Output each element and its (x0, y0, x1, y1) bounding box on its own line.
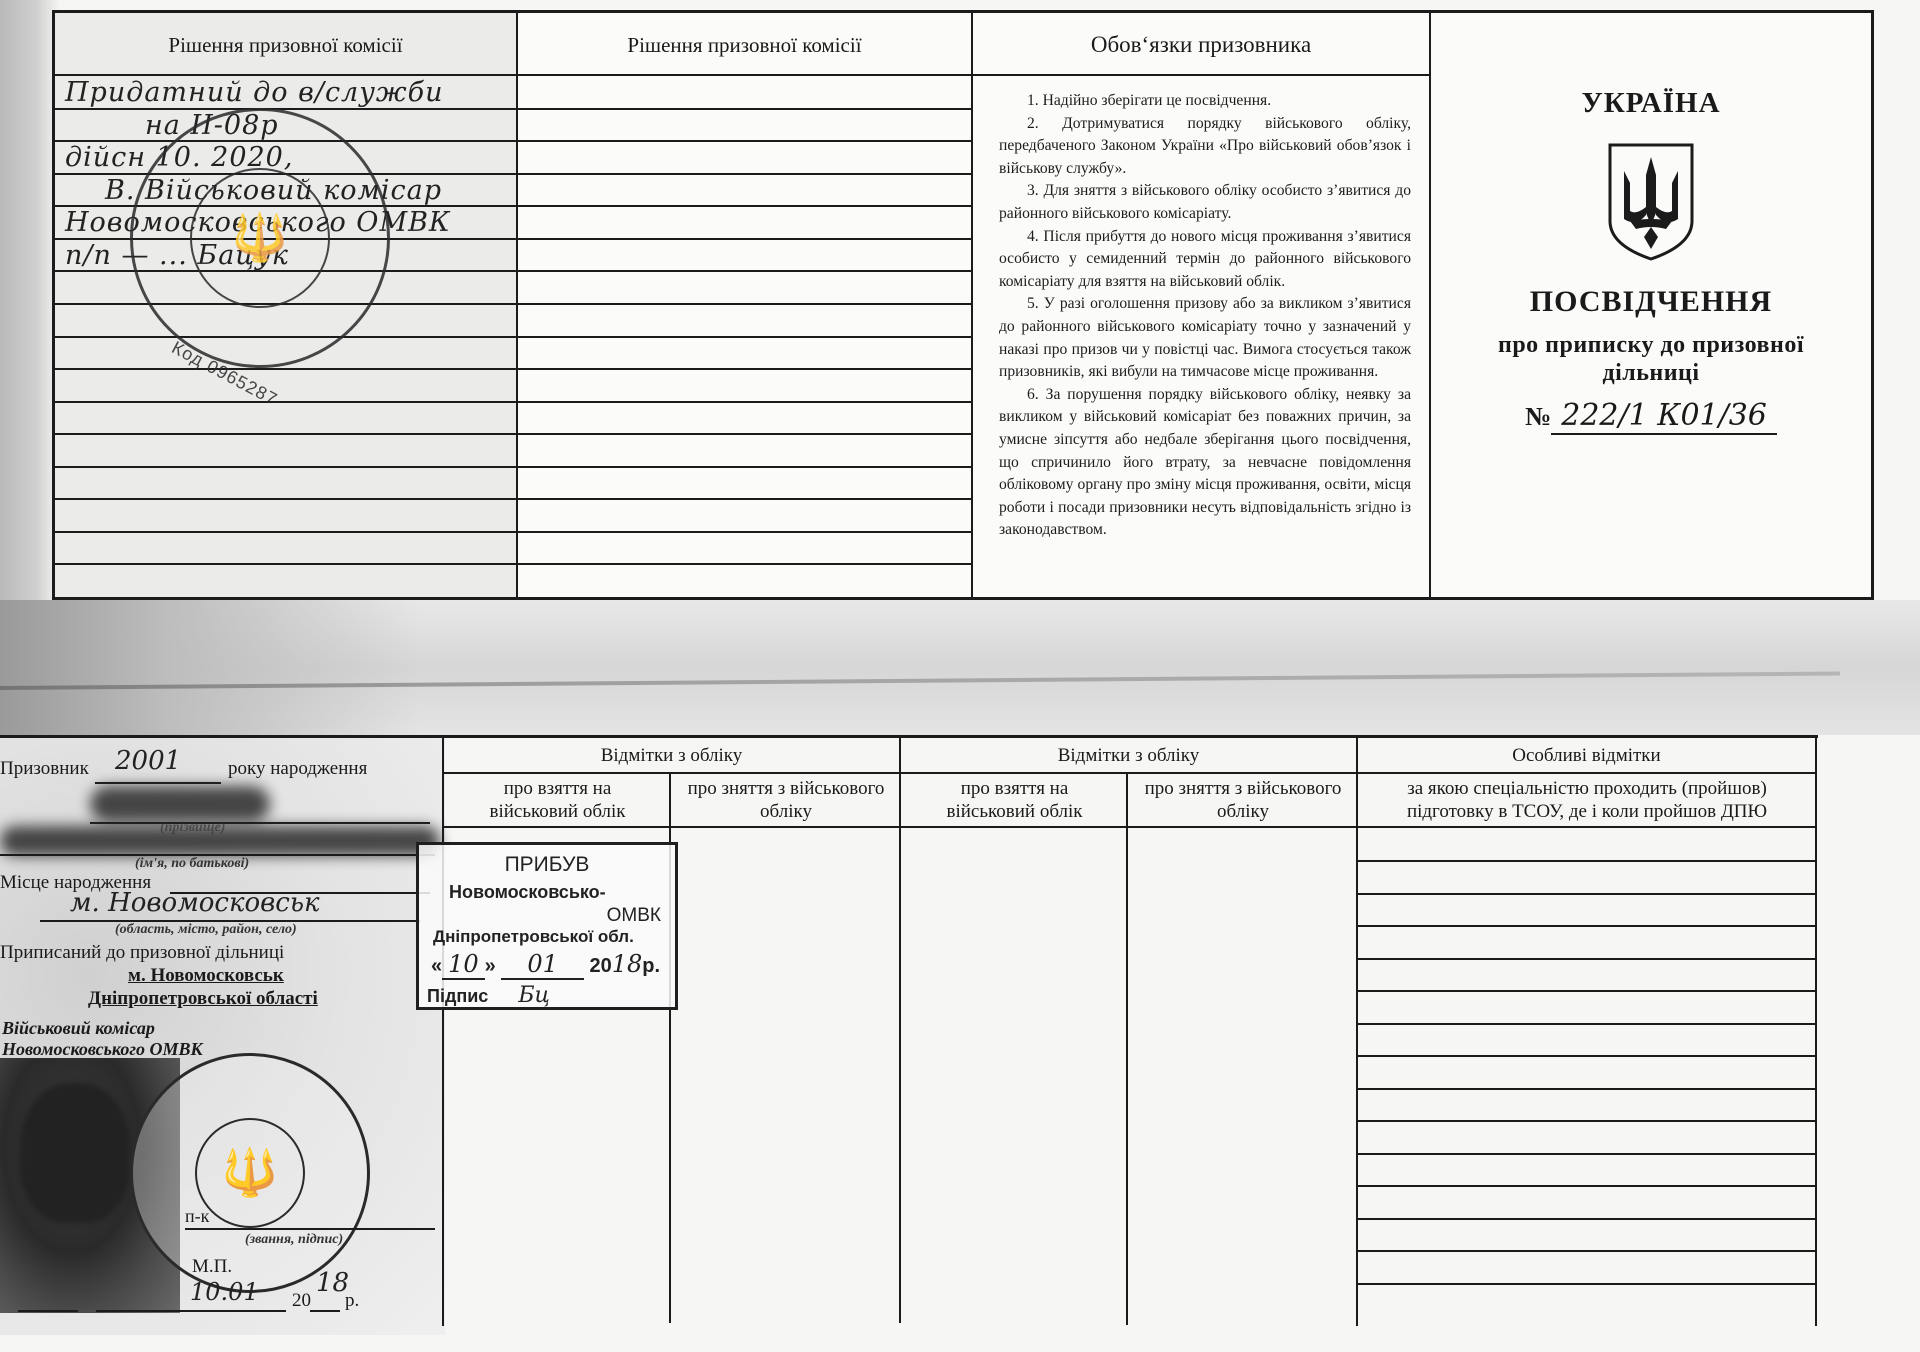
duty-item: 2. Дотримуватися порядку військового обл… (999, 113, 1411, 181)
ruled-line (1358, 860, 1815, 862)
stamp-org-2: ОМВК (607, 905, 661, 927)
birth-year-underline (95, 782, 221, 784)
column-header: Обов‘язки призовника (973, 13, 1429, 76)
subtitle-line: про приписку до призовної (1431, 331, 1871, 359)
ruled-line (518, 270, 971, 272)
subheader-remove: про зняття з військового обліку (1132, 774, 1354, 826)
stamp-date: «10» 01 2018р. (431, 950, 665, 978)
column-header: Рішення призовної комісії (518, 13, 971, 76)
ruled-line (55, 563, 516, 565)
ruled-line (55, 531, 516, 533)
ruled-line (518, 401, 971, 403)
duty-item: 4. Після прибуття до нового місця прожив… (999, 226, 1411, 294)
ruled-line (1358, 1055, 1815, 1057)
certificate-subtitle: про приписку до призовної дільниці (1431, 331, 1871, 387)
header-divider (442, 826, 1817, 828)
ruled-line (1358, 1218, 1815, 1220)
date-underline (18, 1310, 78, 1312)
birthplace-value: м. Новомосковськ (70, 888, 320, 918)
issue-date: 10.01 (190, 1278, 259, 1306)
trident-icon: 🔱 (231, 215, 288, 261)
ruled-line (518, 433, 971, 435)
ruled-line (518, 303, 971, 305)
scan-shadow (0, 0, 60, 620)
assigned-city: м. Новомосковськ (128, 965, 284, 987)
stamp-year-suffix: р. (642, 955, 660, 977)
duty-item: 3. Для зняття з військового обліку особи… (999, 180, 1411, 225)
ruled-line (1358, 925, 1815, 927)
stamp-title: ПРИБУВ (419, 853, 675, 877)
rank-prefix: п-к (185, 1206, 209, 1227)
rank-underline (185, 1228, 435, 1230)
redacted-surname (90, 786, 270, 822)
handwritten-line: Придатний до в/служби (65, 76, 515, 109)
ruled-line (518, 498, 971, 500)
certificate-cover: УКРАЇНА ПОСВІДЧЕННЯ про приписку до приз… (1431, 13, 1871, 597)
ruled-line (518, 108, 971, 110)
stamp-month: 01 (501, 950, 584, 980)
ruled-line (1358, 1185, 1815, 1187)
ruled-line (518, 238, 971, 240)
date-underline (96, 1310, 286, 1312)
divider (1356, 736, 1358, 1326)
ruled-line (1358, 1088, 1815, 1090)
surname-underline (90, 822, 430, 824)
number-value: 222/1 К01/36 (1551, 398, 1777, 435)
ruled-line (518, 336, 971, 338)
stamp-year-prefix: 20 (589, 955, 611, 977)
ruled-line (518, 563, 971, 565)
assigned-label: Приписаний до призовної дільниці (0, 942, 284, 964)
round-seal: 🔱 (130, 1053, 370, 1293)
ruled-line (1358, 893, 1815, 895)
conscript-label: Призовник (0, 758, 89, 780)
duty-item: 6. За порушення порядку військового облі… (999, 384, 1411, 542)
ruled-line (55, 466, 516, 468)
year-suffix: р. (345, 1290, 359, 1312)
ruled-line (518, 173, 971, 175)
ruled-line (1358, 1250, 1815, 1252)
birthplace-hint: (область, місто, район, село) (115, 922, 297, 938)
trident-icon: 🔱 (221, 1150, 278, 1196)
commission-decision-column: Рішення призовної комісії Придатний до в… (55, 13, 518, 597)
ruled-line (1358, 1023, 1815, 1025)
assigned-region: Дніпропетровської області (88, 988, 318, 1010)
ruled-line (1358, 958, 1815, 960)
round-seal: 🔱 Код 0965287 (130, 108, 390, 368)
signature-label: Підпис (427, 986, 488, 1006)
birth-year-suffix: року народження (228, 758, 367, 780)
conscript-details: Призовник 2001 року народження (прізвище… (0, 738, 443, 1326)
subheader-take: про взяття на військовий облік (927, 774, 1102, 826)
redacted-name (0, 826, 440, 856)
ruled-line (518, 140, 971, 142)
duty-item: 1. Надійно зберігати це посвідчення. (999, 90, 1411, 113)
ruled-line (518, 368, 971, 370)
ruled-line (55, 433, 516, 435)
signature-value: Бц (518, 983, 550, 1008)
ruled-lines (518, 76, 971, 597)
ruled-line (55, 401, 516, 403)
duty-item: 5. У разі оголошення призову або за викл… (999, 293, 1411, 383)
birth-year-value: 2001 (115, 746, 181, 776)
divider (899, 736, 901, 1323)
subtitle-line: дільниці (1431, 359, 1871, 387)
certificate-title: ПОСВІДЧЕННЯ (1431, 285, 1871, 319)
rank-hint: (звання, підпис) (245, 1232, 343, 1248)
ruled-line (1358, 1120, 1815, 1122)
certificate-number: №222/1 К01/36 (1431, 398, 1871, 433)
ruled-line (518, 466, 971, 468)
commissar-title: Військовий комісар (2, 1018, 155, 1039)
year-underline (310, 1310, 340, 1312)
number-prefix: № (1525, 402, 1551, 431)
divider (1815, 736, 1817, 1326)
column-header: Рішення призовної комісії (55, 13, 516, 76)
divider (442, 736, 444, 1326)
commissar-office: Новомосковського ОМВК (2, 1039, 203, 1060)
mp-label: М.П. (192, 1256, 232, 1278)
stamp-signature: ПідписБц (427, 983, 550, 1008)
duties-text: 1. Надійно зберігати це посвідчення. 2. … (973, 76, 1429, 597)
subheader-special: за якою спеціальністю проходить (пройшов… (1362, 774, 1812, 826)
commission-decision-column-2: Рішення призовної комісії (518, 13, 973, 597)
ruled-line (55, 498, 516, 500)
ruled-line (1358, 990, 1815, 992)
ruled-line (1358, 1153, 1815, 1155)
country-title: УКРАЇНА (1431, 87, 1871, 120)
name-hint: (ім'я, по батькові) (135, 856, 249, 872)
issue-year-prefix: 20 (292, 1290, 311, 1312)
subheader-remove: про зняття з військового обліку (675, 774, 897, 826)
ruled-line (518, 205, 971, 207)
stamp-org: Новомосковсько- (449, 882, 606, 903)
subheader-take: про взяття на військовий облік (470, 774, 645, 826)
trident-coat-of-arms-icon (1606, 141, 1696, 263)
ruled-line (518, 531, 971, 533)
arrival-stamp: ПРИБУВ Новомосковсько- ОМВК Дніпропетров… (416, 842, 678, 1010)
group-header-marks-1: Відмітки з обліку (444, 738, 899, 772)
stamp-year: 18 (612, 950, 643, 978)
divider (1126, 773, 1128, 1325)
ruled-line (55, 368, 516, 370)
group-header-special: Особливі відмітки (1358, 738, 1815, 772)
stamp-region: Дніпропетровської обл. (433, 927, 634, 947)
conscript-duties-column: Обов‘язки призовника 1. Надійно зберігат… (973, 13, 1431, 597)
top-card: Рішення призовної комісії Придатний до в… (52, 10, 1874, 600)
stamp-day: 10 (442, 950, 485, 980)
ruled-line (1358, 1283, 1815, 1285)
scan-shadow (0, 600, 420, 735)
group-header-marks-2: Відмітки з обліку (901, 738, 1356, 772)
